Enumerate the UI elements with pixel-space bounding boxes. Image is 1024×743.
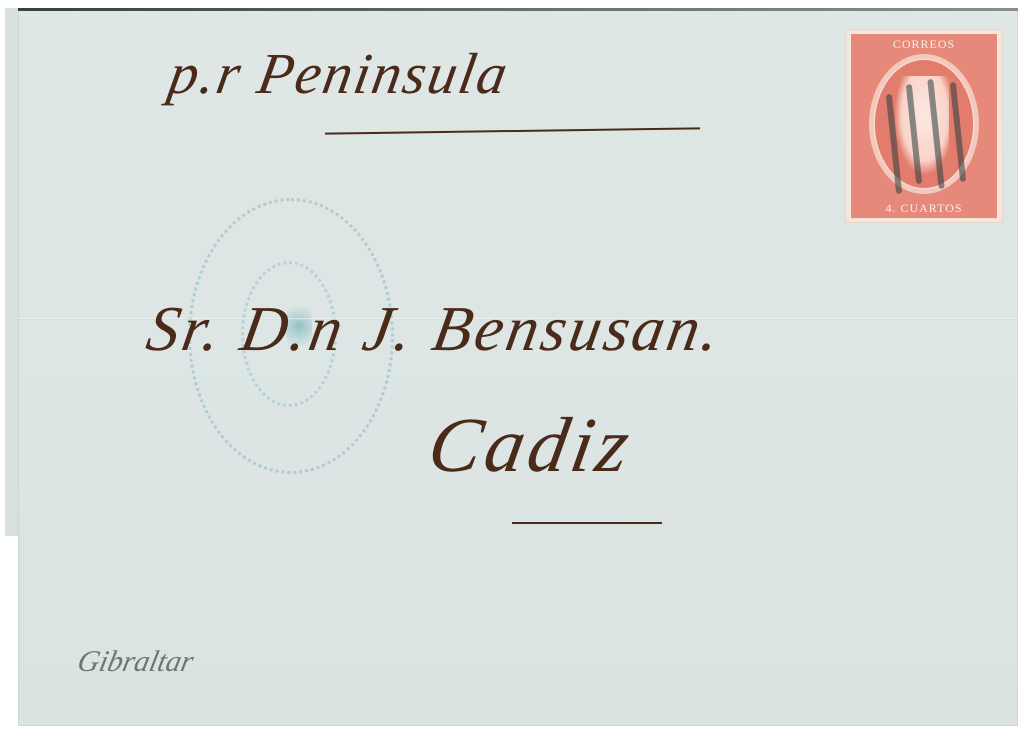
pencil-notation: Gibraltar xyxy=(74,645,196,679)
stamp-bottom-inscription: 4. CUARTOS xyxy=(851,198,997,218)
postage-stamp: CORREOS 4. CUARTOS xyxy=(846,30,1002,222)
stamp-frame: CORREOS 4. CUARTOS xyxy=(851,34,997,218)
destination-underline xyxy=(512,522,662,524)
addressee-name: Sr. D.n J. Bensusan. xyxy=(141,292,728,366)
destination-city: Cadiz xyxy=(422,400,640,490)
stamp-top-inscription: CORREOS xyxy=(851,34,997,54)
route-endorsement: p.r Peninsula xyxy=(164,40,514,107)
